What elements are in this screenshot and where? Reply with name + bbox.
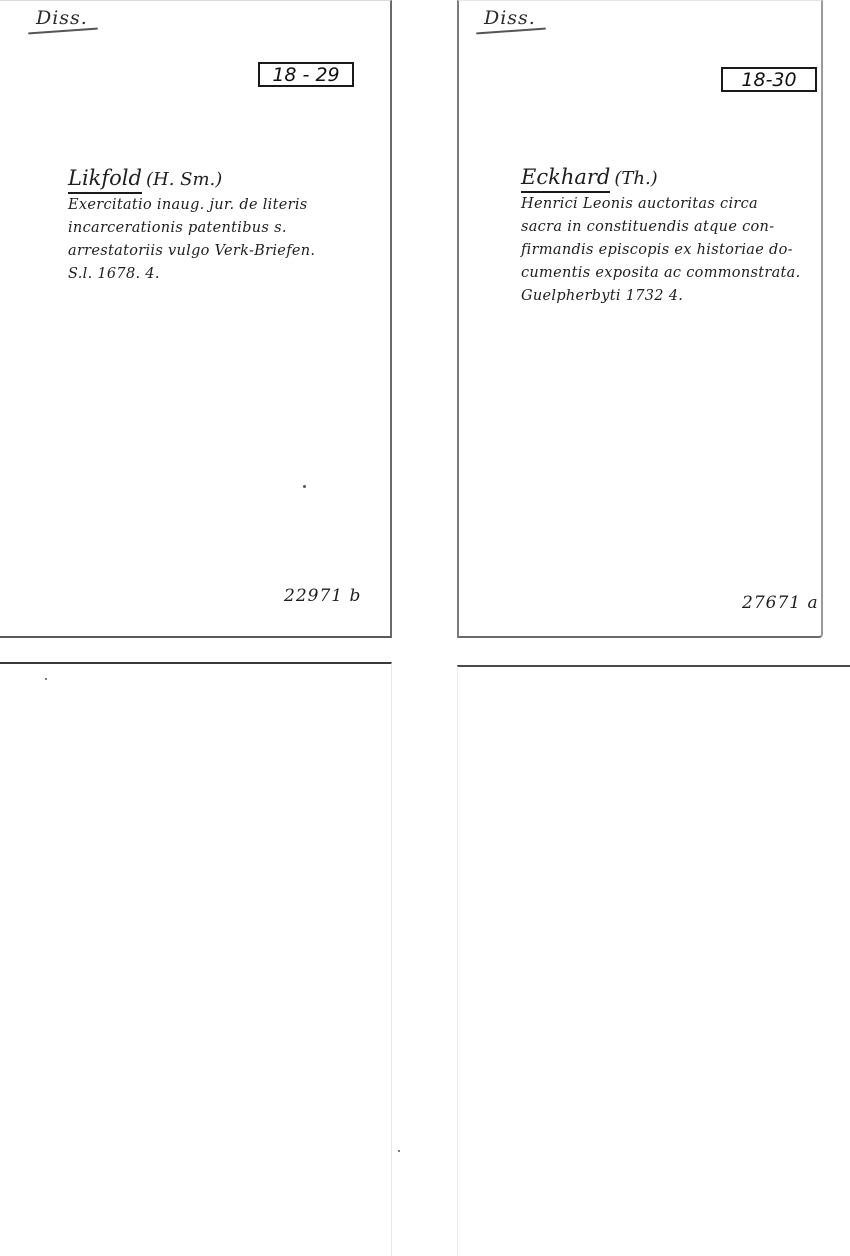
ink-speck	[398, 1150, 400, 1152]
title-line: firmandis episcopis ex historiae do-	[521, 239, 801, 262]
accession-number: 27671 a	[742, 593, 819, 613]
catalog-entry: Eckhard(Th.) Henrici Leonis auctoritas c…	[521, 164, 801, 308]
title-line: S.l. 1678. 4.	[68, 263, 315, 286]
author-initials: (H. Sm.)	[146, 169, 222, 190]
title-line: arrestatoriis vulgo Verk-Briefen.	[68, 240, 315, 263]
catalog-card-18-30: Diss. 18-30 Eckhard(Th.) Henrici Leonis …	[457, 0, 823, 638]
title-line: Exercitatio inaug. jur. de literis	[68, 194, 315, 217]
shelfmark-box: 18-30	[721, 67, 817, 92]
accession-number: 22971 b	[284, 586, 361, 606]
title-line: Henrici Leonis auctoritas circa	[521, 193, 801, 216]
author-name: Likfold	[68, 165, 142, 194]
ink-speck	[45, 678, 47, 680]
author-name: Eckhard	[521, 164, 610, 193]
title-line: cumentis exposita ac commonstrata.	[521, 262, 801, 285]
author-line: Eckhard(Th.)	[521, 164, 801, 193]
shelfmark-box: 18 - 29	[258, 62, 354, 87]
dissertation-stamp: Diss.	[484, 7, 536, 29]
author-line: Likfold(H. Sm.)	[68, 165, 315, 194]
title-line: incarcerationis patentibus s.	[68, 217, 315, 240]
ink-speck	[303, 485, 306, 488]
title-line: sacra in constituendis atque con-	[521, 216, 801, 239]
dissertation-stamp: Diss.	[36, 7, 88, 29]
catalog-card-18-29: Diss. 18 - 29 Likfold(H. Sm.) Exercitati…	[0, 0, 392, 638]
catalog-entry: Likfold(H. Sm.) Exercitatio inaug. jur. …	[68, 165, 315, 286]
author-initials: (Th.)	[614, 168, 657, 189]
title-line: Guelpherbyti 1732 4.	[521, 285, 801, 308]
blank-card-bottom-right	[457, 665, 850, 1256]
blank-card-bottom-left	[0, 662, 392, 1256]
